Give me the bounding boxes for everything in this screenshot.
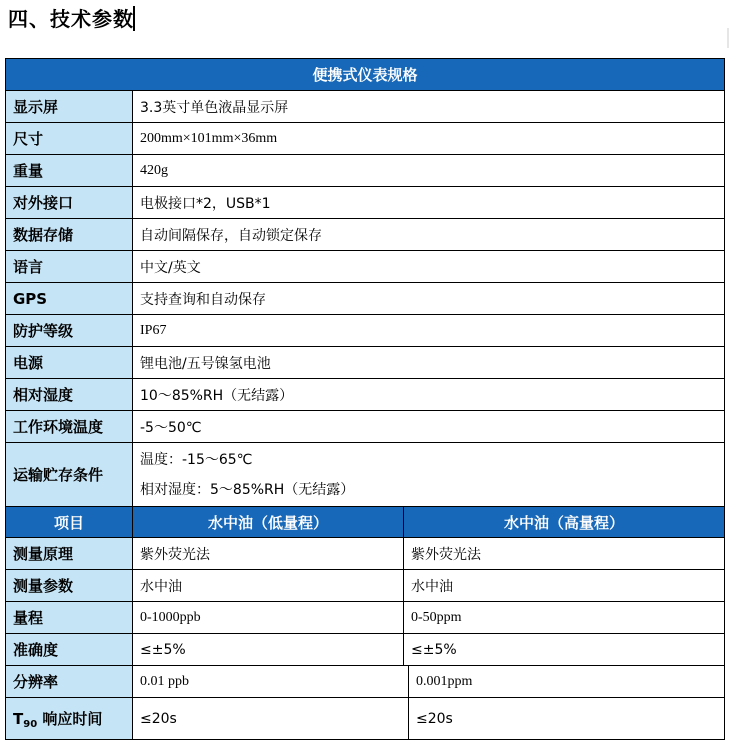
row-key: 防护等级 bbox=[6, 315, 133, 347]
row-key: 准确度 bbox=[6, 634, 133, 666]
high-range-value: ≤20s bbox=[409, 698, 460, 739]
table-row: 工作环境温度 -5～50℃ bbox=[6, 411, 725, 443]
key-subscript: 90 bbox=[23, 719, 37, 730]
low-range-value: 紫外荧光法 bbox=[133, 538, 404, 570]
storage-temperature: 温度：-15～65℃ bbox=[140, 445, 717, 475]
table-banner-row: 便携式仪表规格 bbox=[6, 59, 725, 91]
low-range-value: ≤±5% bbox=[133, 634, 404, 666]
row-key: 工作环境温度 bbox=[6, 411, 133, 443]
table-row: T90 响应时间 ≤20s ≤20s bbox=[6, 698, 725, 740]
row-key: 尺寸 bbox=[6, 123, 133, 155]
row-value: 自动间隔保存，自动锁定保存 bbox=[133, 219, 725, 251]
split-value-cell: ≤20s ≤20s bbox=[133, 698, 725, 740]
high-range-value: 0.001ppm bbox=[409, 666, 479, 697]
high-range-value: ≤±5% bbox=[404, 634, 725, 666]
row-key: 电源 bbox=[6, 347, 133, 379]
section-title: 四、技术参数 bbox=[8, 6, 134, 32]
low-range-value: 水中油 bbox=[133, 570, 404, 602]
header-low-range: 水中油（低量程） bbox=[133, 507, 404, 538]
spec-table: 便携式仪表规格 显示屏 3.3英寸单色液晶显示屏 尺寸 200mm×101mm×… bbox=[5, 58, 725, 740]
table-row: 测量原理 紫外荧光法 紫外荧光法 bbox=[6, 538, 725, 570]
row-key: 对外接口 bbox=[6, 187, 133, 219]
table-banner: 便携式仪表规格 bbox=[6, 59, 725, 91]
row-value: 中文/英文 bbox=[133, 251, 725, 283]
row-value: 温度：-15～65℃ 相对湿度：5～85%RH（无结露） bbox=[133, 443, 725, 507]
row-key: 运输贮存条件 bbox=[6, 443, 133, 507]
row-key: 测量原理 bbox=[6, 538, 133, 570]
table-row: 准确度 ≤±5% ≤±5% bbox=[6, 634, 725, 666]
table-row: 测量参数 水中油 水中油 bbox=[6, 570, 725, 602]
table-row: 防护等级 IP67 bbox=[6, 315, 725, 347]
table-row: 语言 中文/英文 bbox=[6, 251, 725, 283]
row-value: 200mm×101mm×36mm bbox=[133, 123, 725, 155]
high-range-value: 紫外荧光法 bbox=[404, 538, 725, 570]
text-cursor bbox=[133, 6, 135, 31]
row-key: 数据存储 bbox=[6, 219, 133, 251]
page-edge-mark bbox=[727, 28, 729, 48]
table-row: 尺寸 200mm×101mm×36mm bbox=[6, 123, 725, 155]
row-key: 语言 bbox=[6, 251, 133, 283]
row-key: T90 响应时间 bbox=[6, 698, 133, 740]
row-value: 420g bbox=[133, 155, 725, 187]
high-range-value: 0-50ppm bbox=[404, 602, 725, 634]
row-value: IP67 bbox=[133, 315, 725, 347]
row-value: -5～50℃ bbox=[133, 411, 725, 443]
low-range-value: 0-1000ppb bbox=[133, 602, 404, 634]
header-high-range: 水中油（高量程） bbox=[404, 507, 725, 538]
table-row: 数据存储 自动间隔保存，自动锁定保存 bbox=[6, 219, 725, 251]
table-row: 显示屏 3.3英寸单色液晶显示屏 bbox=[6, 91, 725, 123]
table-row: 分辨率 0.01 ppb 0.001ppm bbox=[6, 666, 725, 698]
table-row: 量程 0-1000ppb 0-50ppm bbox=[6, 602, 725, 634]
split-value-cell: 0.01 ppb 0.001ppm bbox=[133, 666, 725, 698]
table-row-storage: 运输贮存条件 温度：-15～65℃ 相对湿度：5～85%RH（无结露） bbox=[6, 443, 725, 507]
row-value: 电极接口*2，USB*1 bbox=[133, 187, 725, 219]
table-row: 电源 锂电池/五号镍氢电池 bbox=[6, 347, 725, 379]
row-key: 测量参数 bbox=[6, 570, 133, 602]
row-value: 支持查询和自动保存 bbox=[133, 283, 725, 315]
row-key: 量程 bbox=[6, 602, 133, 634]
key-prefix: T bbox=[13, 710, 23, 728]
measure-header-row: 项目 水中油（低量程） 水中油（高量程） bbox=[6, 507, 725, 538]
row-value: 锂电池/五号镍氢电池 bbox=[133, 347, 725, 379]
row-value: 3.3英寸单色液晶显示屏 bbox=[133, 91, 725, 123]
row-value: 10～85%RH（无结露） bbox=[133, 379, 725, 411]
low-range-value: 0.01 ppb bbox=[133, 666, 409, 697]
table-row: GPS 支持查询和自动保存 bbox=[6, 283, 725, 315]
row-key: 重量 bbox=[6, 155, 133, 187]
table-row: 重量 420g bbox=[6, 155, 725, 187]
row-key: 相对湿度 bbox=[6, 379, 133, 411]
storage-humidity: 相对湿度：5～85%RH（无结露） bbox=[140, 475, 717, 505]
high-range-value: 水中油 bbox=[404, 570, 725, 602]
row-key: GPS bbox=[6, 283, 133, 315]
row-key: 显示屏 bbox=[6, 91, 133, 123]
low-range-value: ≤20s bbox=[133, 698, 409, 739]
key-rest: 响应时间 bbox=[37, 710, 102, 728]
table-row: 对外接口 电极接口*2，USB*1 bbox=[6, 187, 725, 219]
table-row: 相对湿度 10～85%RH（无结露） bbox=[6, 379, 725, 411]
header-item: 项目 bbox=[6, 507, 133, 538]
row-key: 分辨率 bbox=[6, 666, 133, 698]
